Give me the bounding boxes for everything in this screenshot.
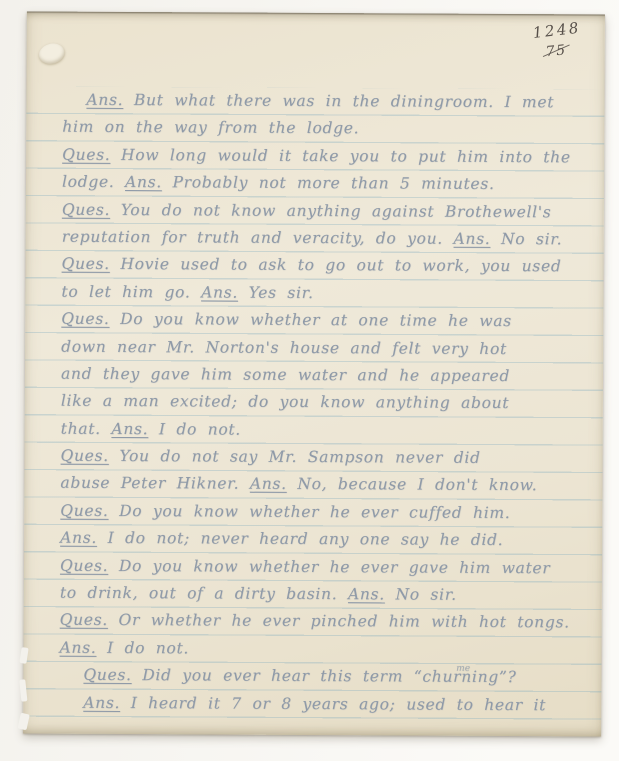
handwritten-line: like a man excited; do you know anything… <box>61 388 583 418</box>
qa-abbreviation: Ans. <box>60 638 97 656</box>
qa-abbreviation: Ques. <box>62 145 110 163</box>
qa-abbreviation: Ques. <box>60 611 108 629</box>
handwritten-line: reputation for truth and veracity, do yo… <box>62 224 584 254</box>
qa-abbreviation: Ques. <box>62 200 110 218</box>
handwritten-line: Ques. Do you know whether he ever cuffed… <box>60 498 582 528</box>
handwritten-line: to let him go. Ans. Yes sir. <box>61 278 583 308</box>
qa-abbreviation: Ques. <box>60 556 108 574</box>
handwritten-line: lodge. Ans. Probably not more than 5 min… <box>62 169 584 199</box>
crossed-out-number: 75 <box>545 39 568 60</box>
qa-abbreviation: Ans. <box>86 91 123 109</box>
handwritten-line: Ans. I do not. <box>59 634 581 664</box>
handwritten-line: and they gave him some water and he appe… <box>61 361 583 391</box>
qa-abbreviation: Ques. <box>60 502 108 520</box>
qa-abbreviation: Ans. <box>60 529 97 547</box>
handwritten-line: down near Mr. Norton's house and felt ve… <box>61 333 583 363</box>
paper-top-edge <box>27 11 605 16</box>
handwritten-line: him on the way from the lodge. <box>62 114 584 144</box>
handwritten-line: that. Ans. I do not. <box>61 415 583 445</box>
qa-abbreviation: Ans. <box>83 693 120 711</box>
paper-hole <box>37 41 67 67</box>
handwritten-line: to drink, out of a dirty basin. Ans. No … <box>60 580 582 610</box>
qa-abbreviation: Ans. <box>111 420 148 438</box>
qa-abbreviation: Ques. <box>61 310 109 328</box>
handwritten-line: Ques. How long would it take you to put … <box>62 141 584 171</box>
handwritten-line: Ques. Do you know whether at one time he… <box>61 306 583 336</box>
handwritten-line: Ques. Hovie used to ask to go out to wor… <box>61 251 583 281</box>
qa-abbreviation: Ans. <box>201 283 238 301</box>
scanned-document: 1248 75 Ans. But what there was in the d… <box>0 0 619 761</box>
qa-abbreviation: Ans. <box>453 230 490 248</box>
paper-tear <box>18 713 30 731</box>
qa-abbreviation: Ans. <box>348 585 385 603</box>
handwriting-lines: Ans. But what there was in the diningroo… <box>59 87 584 720</box>
handwritten-line: Ans. I do not; never heard any one say h… <box>60 525 582 555</box>
qa-abbreviation: Ans. <box>125 173 162 191</box>
page-number: 1248 <box>532 19 582 42</box>
page-number-block: 1248 75 <box>491 20 581 59</box>
qa-abbreviation: Ques. <box>61 447 109 465</box>
handwritten-line: abuse Peter Hikner. Ans. No, because I d… <box>60 470 582 500</box>
document-page: 1248 75 Ans. But what there was in the d… <box>23 11 605 736</box>
handwritten-line: Ques. Or whether he ever pinched him wit… <box>60 607 582 637</box>
handwritten-line: Ques. You do not know anything against B… <box>62 196 584 226</box>
paper-tear <box>19 647 28 664</box>
qa-abbreviation: Ans. <box>250 475 287 493</box>
paper-tear <box>19 679 27 701</box>
handwritten-line: Ques. Do you know whether he ever gave h… <box>60 552 582 582</box>
qa-abbreviation: Ques. <box>62 255 110 273</box>
handwritten-line: Ans. But what there was in the diningroo… <box>62 87 584 117</box>
handwritten-line: Ans. I heard it 7 or 8 years ago; used t… <box>59 689 581 719</box>
inserted-note: me <box>456 656 470 682</box>
handwritten-line: Ques. You do not say Mr. Sampson never d… <box>60 443 582 473</box>
qa-abbreviation: Ques. <box>83 666 131 684</box>
handwritten-line: Ques. Did you ever hear this term “churn… <box>59 662 581 692</box>
